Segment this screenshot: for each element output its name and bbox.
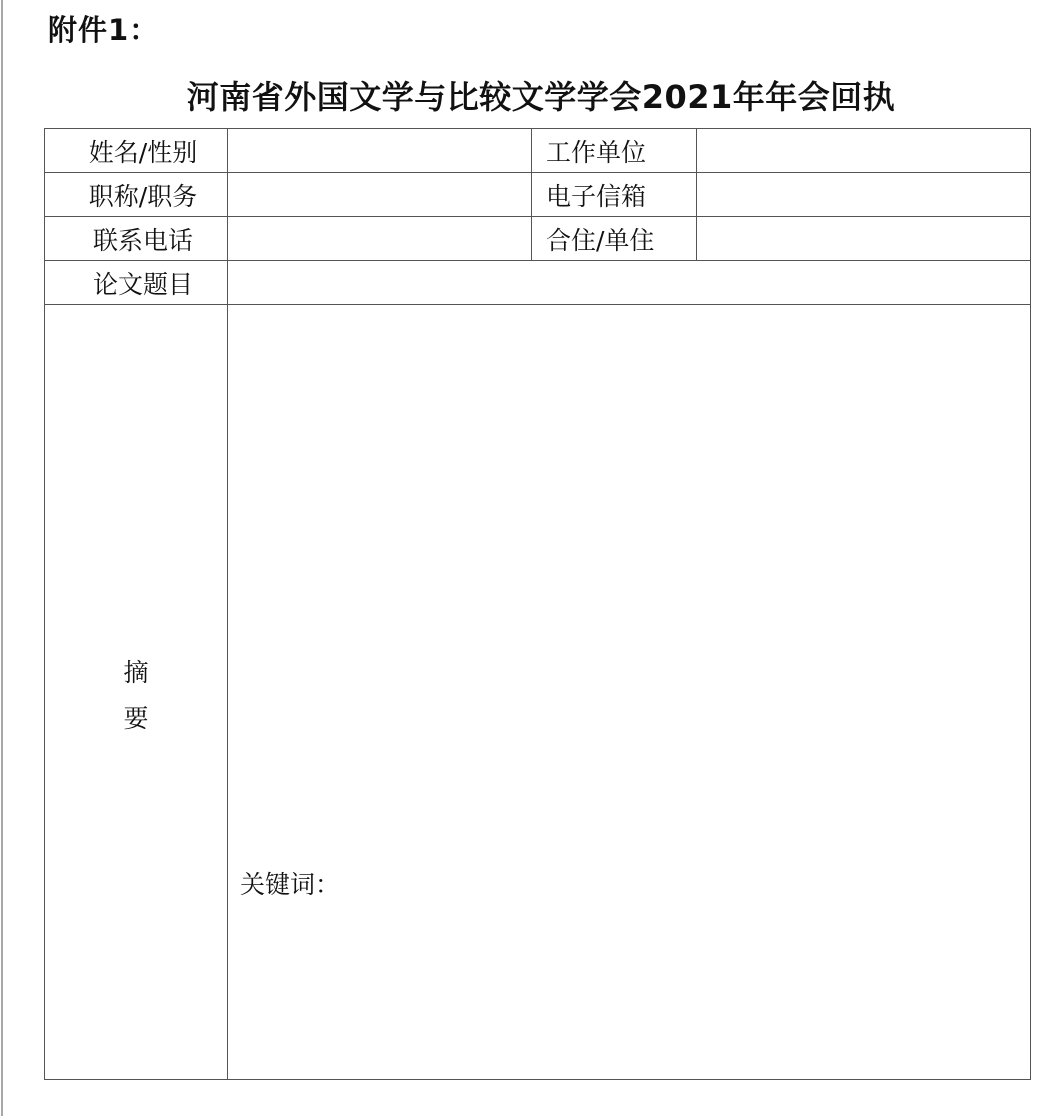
label-work-unit: 工作单位 (532, 129, 697, 173)
field-abstract[interactable]: 关键词： (228, 305, 1031, 1080)
label-abstract-char-2: 要 (45, 696, 227, 742)
label-email: 电子信箱 (532, 173, 697, 217)
field-paper-title[interactable] (228, 261, 1031, 305)
field-work-unit[interactable] (697, 129, 1031, 173)
form-row-abstract: 摘 要 关键词： (45, 305, 1031, 1080)
field-phone[interactable] (228, 217, 532, 261)
label-abstract-char-1: 摘 (45, 650, 227, 696)
label-title-position: 职称/职务 (45, 173, 228, 217)
label-name-gender: 姓名/性别 (45, 129, 228, 173)
document-title: 河南省外国文学与比较文学学会2021年年会回执 (0, 72, 1050, 118)
field-room-sharing[interactable] (697, 217, 1031, 261)
label-keywords: 关键词： (240, 865, 340, 901)
form-row-name-gender: 姓名/性别 工作单位 (45, 129, 1031, 173)
form-row-paper-title: 论文题目 (45, 261, 1031, 305)
label-abstract: 摘 要 (45, 305, 228, 1080)
field-title-position[interactable] (228, 173, 532, 217)
field-email[interactable] (697, 173, 1031, 217)
page-edge-divider (1, 0, 3, 1116)
field-name-gender[interactable] (228, 129, 532, 173)
form-row-title-position: 职称/职务 电子信箱 (45, 173, 1031, 217)
form-row-phone-room: 联系电话 合住/单住 (45, 217, 1031, 261)
registration-form-table: 姓名/性别 工作单位 职称/职务 电子信箱 联系电话 合住/单住 论文题目 摘 … (44, 128, 1031, 1080)
label-phone: 联系电话 (45, 217, 228, 261)
attachment-label: 附件1： (48, 8, 159, 49)
label-room-sharing: 合住/单住 (532, 217, 697, 261)
label-paper-title: 论文题目 (45, 261, 228, 305)
